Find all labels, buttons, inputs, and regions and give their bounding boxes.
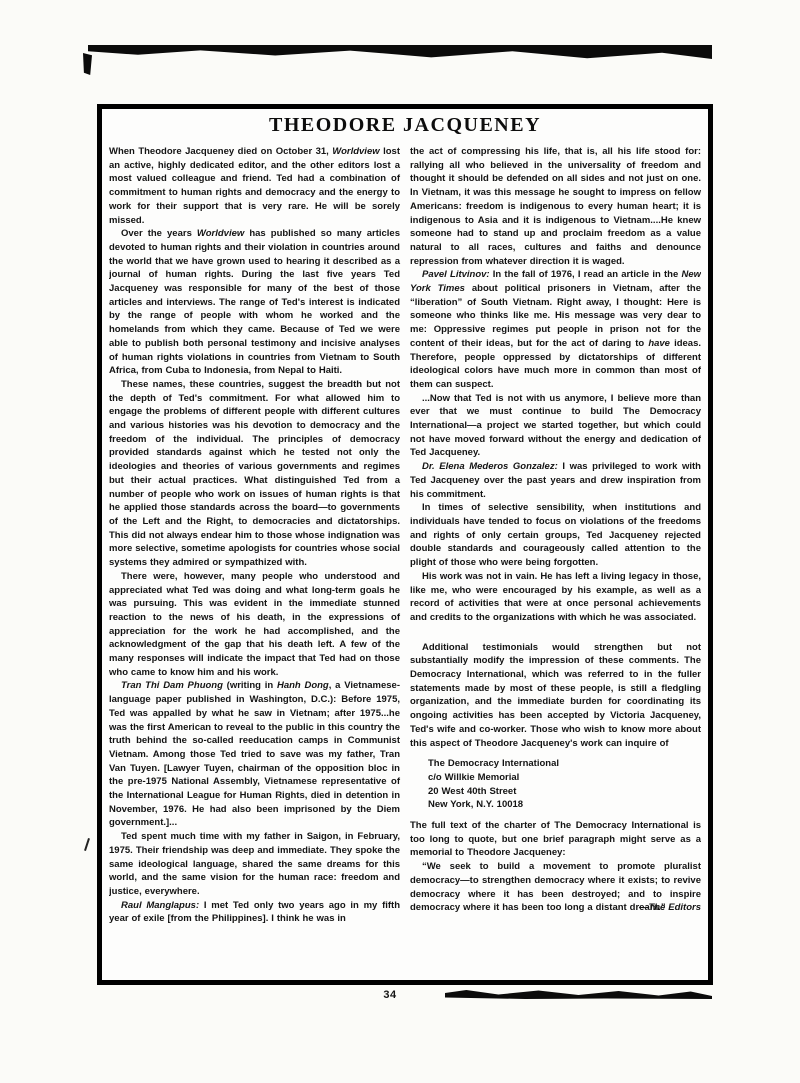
paragraph: Raul Manglapus: I met Ted only two years…: [109, 899, 400, 926]
inquiry-address: The Democracy International c/o Willkie …: [428, 757, 701, 812]
paragraph: These names, these countries, suggest th…: [109, 378, 400, 570]
paragraph: The full text of the charter of The Demo…: [410, 819, 701, 860]
article-frame: THEODORE JACQUENEY When Theodore Jacquen…: [97, 104, 713, 985]
page-number: 34: [0, 989, 780, 1001]
paragraph: the act of compressing his life, that is…: [410, 145, 701, 268]
paragraph: Additional testimonials would strengthen…: [410, 641, 701, 751]
page-title: THEODORE JACQUENEY: [109, 114, 701, 137]
article-columns: When Theodore Jacqueney died on October …: [109, 145, 701, 951]
paragraph: Over the years Worldview has published s…: [109, 227, 400, 378]
paragraph: Tran Thi Dam Phuong (writing in Hanh Don…: [109, 679, 400, 830]
paragraph: ...Now that Ted is not with us anymore, …: [410, 392, 701, 461]
paragraph: There were, however, many people who und…: [109, 570, 400, 680]
column-right: the act of compressing his life, that is…: [410, 145, 701, 951]
paragraph: Ted spent much time with my father in Sa…: [109, 830, 400, 899]
scan-artifact-left-blob: [83, 53, 92, 75]
paragraph: When Theodore Jacqueney died on October …: [109, 145, 400, 227]
scanned-page: { "colors": { "paper": "#fdfdfc", "ink":…: [0, 0, 800, 1083]
paragraph: His work was not in vain. He has left a …: [410, 570, 701, 625]
column-left: When Theodore Jacqueney died on October …: [109, 145, 400, 951]
scan-artifact-top-streak: [88, 45, 712, 59]
scan-artifact-stray-mark: [84, 838, 90, 851]
paragraph: In times of selective sensibility, when …: [410, 501, 701, 570]
paragraph: Pavel Litvinov: In the fall of 1976, I r…: [410, 268, 701, 391]
paragraph: Dr. Elena Mederos Gonzalez: I was privil…: [410, 460, 701, 501]
